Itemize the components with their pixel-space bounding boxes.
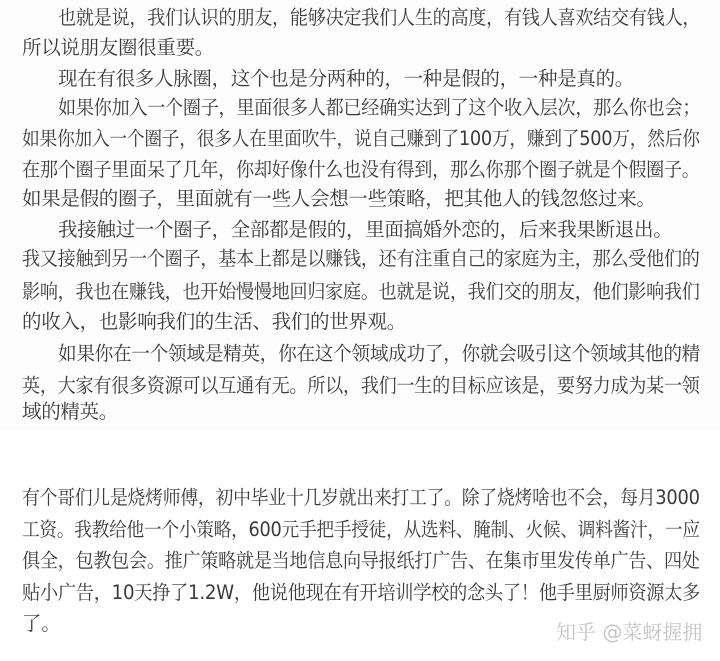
text-line: 如果是假的圈子，里面就有一些人会想一些策略，把其他人的钱忽悠过来。 [22, 187, 656, 211]
text-line: 的收入，也影响我们的生活、我们的世界观。 [22, 310, 406, 334]
text-line: 现在有很多人脉圈，这个也是分两种的，一种是假的，一种是真的。 [58, 67, 634, 91]
text-line: 英，大家有很多资源可以互通有无。所以，我们一生的目标应该是，要努力成为某一领 [22, 374, 700, 398]
text-line: 如果你加入一个圈子，很多人在里面吹牛，说自己赚到了100万，赚到了500万，然后… [22, 127, 700, 151]
text-line: 我又接触到另一个圈子，基本上都是以赚钱，还有注重自己的家庭为主，那么受他们的 [22, 247, 700, 271]
text-line: 在那个圈子里面呆了几年，你却好像什么也没有得到，那么你那个圈子就是个假圈子。 [22, 158, 700, 182]
text-line: 如果你在一个领域是精英，你在这个领域成功了，你就会吸引这个领域其他的精 [58, 342, 700, 366]
text-line: 所以说朋友圈很重要。 [22, 36, 214, 60]
story-line: 工资。我教给他一个小策略，600元手把手授徒，从选料、腌制、火候、调料酱汁，一应 [22, 518, 700, 542]
text-line: 影响，我也在赚钱，也开始慢慢地回归家庭。也就是说，我们交的朋友，他们影响我们 [22, 280, 700, 304]
story-line: 贴小广告，10天挣了1.2W，他说他现在有开培训学校的念头了！他手里厨师资源太多 [22, 581, 700, 605]
story-line: 俱全，包教包会。推广策略就是当地信息向导报纸打广告、在集市里发传单广告、四处 [22, 549, 700, 573]
text-line: 也就是说，我们认识的朋友，能够决定我们人生的高度，有钱人喜欢结交有钱人， [58, 6, 700, 30]
story-line: 有个哥们儿是烧烤师傅，初中毕业十几岁就出来打工了。除了烧烤啥也不会，每月3000 [22, 486, 700, 510]
story-line: 了。 [22, 612, 60, 636]
text-line: 如果你加入一个圈子，里面很多人都已经确实达到了这个收入层次，那么你也会； [58, 96, 700, 120]
text-line: 我接触过一个圈子，全部都是假的，里面搞婚外恋的，后来我果断退出。 [58, 218, 672, 242]
text-line: 域的精英。 [22, 400, 118, 424]
zhihu-watermark: 知乎 @菜蚜握拥 [556, 620, 702, 644]
